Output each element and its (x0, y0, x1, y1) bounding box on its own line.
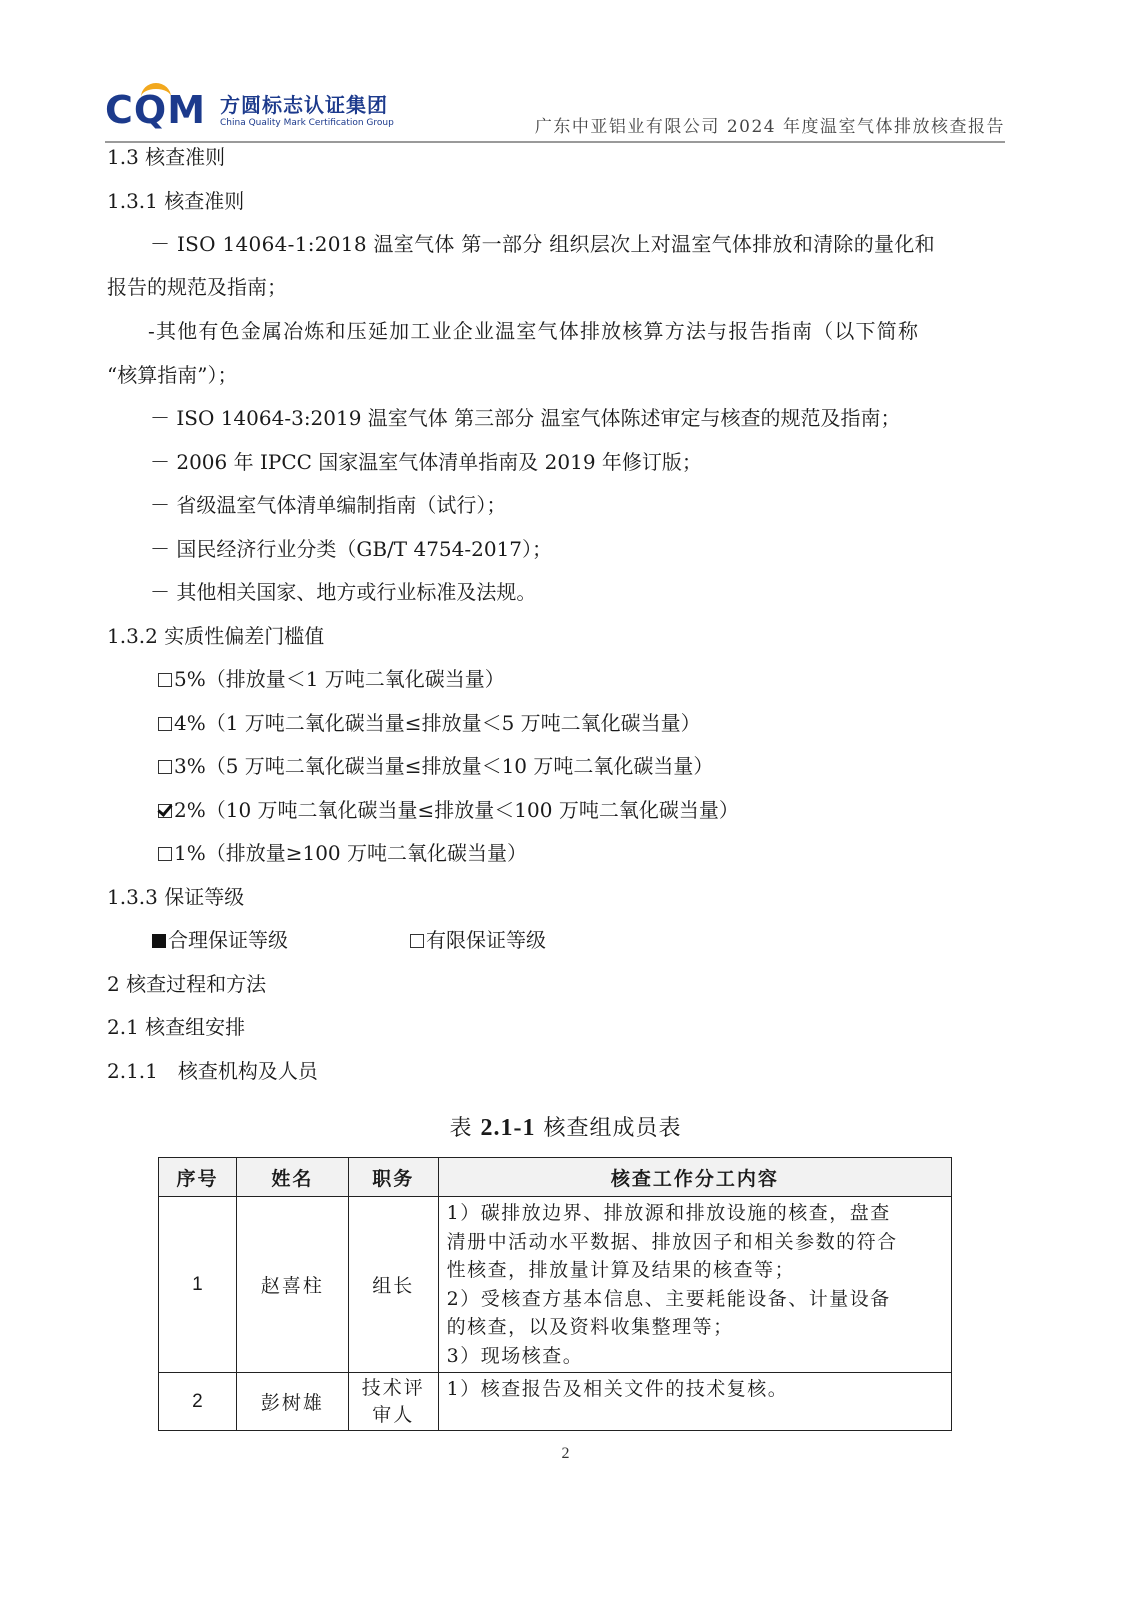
threshold-option-5pct[interactable]: 5%（排放量＜1 万吨二氧化碳当量） (158, 665, 505, 693)
threshold-option-2pct[interactable]: 2%（10 万吨二氧化碳当量≤排放量＜100 万吨二氧化碳当量） (158, 796, 739, 824)
cell-role: 组长 (348, 1197, 438, 1373)
criteria-item: － ISO 14064-1:2018 温室气体 第一部分 组织层次上对温室气体排… (150, 230, 935, 258)
cell-duties: 1）核查报告及相关文件的技术复核。 (438, 1373, 951, 1431)
duty-line: 3）现场核查。 (447, 1342, 943, 1371)
heading-1-3-2: 1.3.2 实质性偏差门槛值 (107, 622, 324, 650)
criteria-item: － 2006 年 IPCC 国家温室气体清单指南及 2019 年修订版； (150, 448, 702, 476)
cell-name: 彭树雄 (236, 1373, 348, 1431)
threshold-label: 4%（1 万吨二氧化碳当量≤排放量＜5 万吨二氧化碳当量） (174, 711, 701, 735)
checkbox-filled-icon[interactable] (152, 934, 166, 948)
threshold-label: 5%（排放量＜1 万吨二氧化碳当量） (174, 667, 505, 691)
col-header-no: 序号 (159, 1158, 237, 1197)
assurance-label: 有限保证等级 (426, 928, 546, 952)
caption-title: 核查组成员表 (544, 1116, 682, 1141)
col-header-name: 姓名 (236, 1158, 348, 1197)
checkbox-unchecked-icon[interactable] (410, 934, 424, 948)
assurance-option-limited[interactable]: 有限保证等级 (410, 926, 546, 954)
assurance-option-reasonable[interactable]: 合理保证等级 (152, 926, 288, 954)
heading-2-1-1: 2.1.1 核查机构及人员 (107, 1057, 318, 1085)
table-caption: 表 2.1-1 核查组成员表 (0, 1113, 1131, 1144)
cqm-logo: CQM 方圆标志认证集团 China Quality Mark Certific… (105, 80, 405, 130)
checkbox-unchecked-icon[interactable] (158, 760, 172, 774)
role-line: 审人 (349, 1402, 438, 1429)
assurance-label: 合理保证等级 (168, 928, 288, 952)
logo-chinese-name: 方圆标志认证集团 (220, 94, 388, 116)
criteria-item: － ISO 14064-3:2019 温室气体 第三部分 温室气体陈述审定与核查… (150, 404, 901, 432)
duty-line: 清册中活动水平数据、排放因子和相关参数的符合 (447, 1228, 943, 1257)
caption-number: 2.1-1 (481, 1115, 536, 1141)
threshold-option-3pct[interactable]: 3%（5 万吨二氧化碳当量≤排放量＜10 万吨二氧化碳当量） (158, 752, 713, 780)
threshold-label: 3%（5 万吨二氧化碳当量≤排放量＜10 万吨二氧化碳当量） (174, 754, 713, 778)
cell-duties: 1）碳排放边界、排放源和排放设施的核查，盘查 清册中活动水平数据、排放因子和相关… (438, 1197, 951, 1373)
checkbox-unchecked-icon[interactable] (158, 847, 172, 861)
criteria-item-cont: “核算指南”）； (107, 361, 237, 389)
heading-1-3: 1.3 核查准则 (107, 143, 225, 171)
col-header-duties: 核查工作分工内容 (438, 1158, 951, 1197)
threshold-option-4pct[interactable]: 4%（1 万吨二氧化碳当量≤排放量＜5 万吨二氧化碳当量） (158, 709, 701, 737)
logo-mark: CQM (105, 90, 206, 130)
caption-prefix: 表 (449, 1116, 472, 1141)
cell-no: 1 (159, 1197, 237, 1373)
criteria-item: － 国民经济行业分类（GB/T 4754-2017）； (150, 535, 552, 563)
criteria-item-cont: 报告的规范及指南； (107, 273, 287, 301)
cell-role: 技术评 审人 (348, 1373, 438, 1431)
team-members-table: 序号 姓名 职务 核查工作分工内容 1 赵喜柱 组长 1）碳排放边界、排放源和排… (158, 1157, 952, 1431)
heading-2: 2 核查过程和方法 (107, 970, 266, 998)
duty-line: 1）碳排放边界、排放源和排放设施的核查，盘查 (447, 1199, 943, 1228)
threshold-option-1pct[interactable]: 1%（排放量≥100 万吨二氧化碳当量） (158, 839, 527, 867)
page-header: CQM 方圆标志认证集团 China Quality Mark Certific… (105, 80, 1005, 142)
heading-2-1: 2.1 核查组安排 (107, 1013, 245, 1041)
role-line: 技术评 (349, 1375, 438, 1402)
checkbox-unchecked-icon[interactable] (158, 717, 172, 731)
duty-line: 1）核查报告及相关文件的技术复核。 (447, 1375, 943, 1404)
cell-no: 2 (159, 1373, 237, 1431)
col-header-role: 职务 (348, 1158, 438, 1197)
logo-english-name: China Quality Mark Certification Group (220, 118, 394, 128)
table-row: 1 赵喜柱 组长 1）碳排放边界、排放源和排放设施的核查，盘查 清册中活动水平数… (159, 1197, 952, 1373)
cell-name: 赵喜柱 (236, 1197, 348, 1373)
criteria-item: － 其他相关国家、地方或行业标准及法规。 (150, 578, 536, 606)
table-row: 2 彭树雄 技术评 审人 1）核查报告及相关文件的技术复核。 (159, 1373, 952, 1431)
duty-line: 的核查，以及资料收集整理等； (447, 1313, 943, 1342)
report-title: 广东中亚铝业有限公司 2024 年度温室气体排放核查报告 (535, 116, 1005, 138)
heading-1-3-3: 1.3.3 保证等级 (107, 883, 244, 911)
criteria-item: － 省级温室气体清单编制指南（试行）； (150, 491, 506, 519)
criteria-item: -其他有色金属冶炼和压延加工业企业温室气体排放核算方法与报告指南（以下简称 (148, 317, 919, 345)
heading-1-3-1: 1.3.1 核查准则 (107, 187, 244, 215)
checkbox-unchecked-icon[interactable] (158, 673, 172, 687)
duty-line: 性核查，排放量计算及结果的核查等； (447, 1256, 943, 1285)
header-divider (105, 141, 1005, 143)
page-number: 2 (0, 1445, 1131, 1463)
threshold-label: 1%（排放量≥100 万吨二氧化碳当量） (174, 841, 527, 865)
checkbox-checked-icon[interactable] (158, 804, 172, 818)
threshold-label: 2%（10 万吨二氧化碳当量≤排放量＜100 万吨二氧化碳当量） (174, 798, 739, 822)
table-header-row: 序号 姓名 职务 核查工作分工内容 (159, 1158, 952, 1197)
duty-line: 2）受核查方基本信息、主要耗能设备、计量设备 (447, 1285, 943, 1314)
